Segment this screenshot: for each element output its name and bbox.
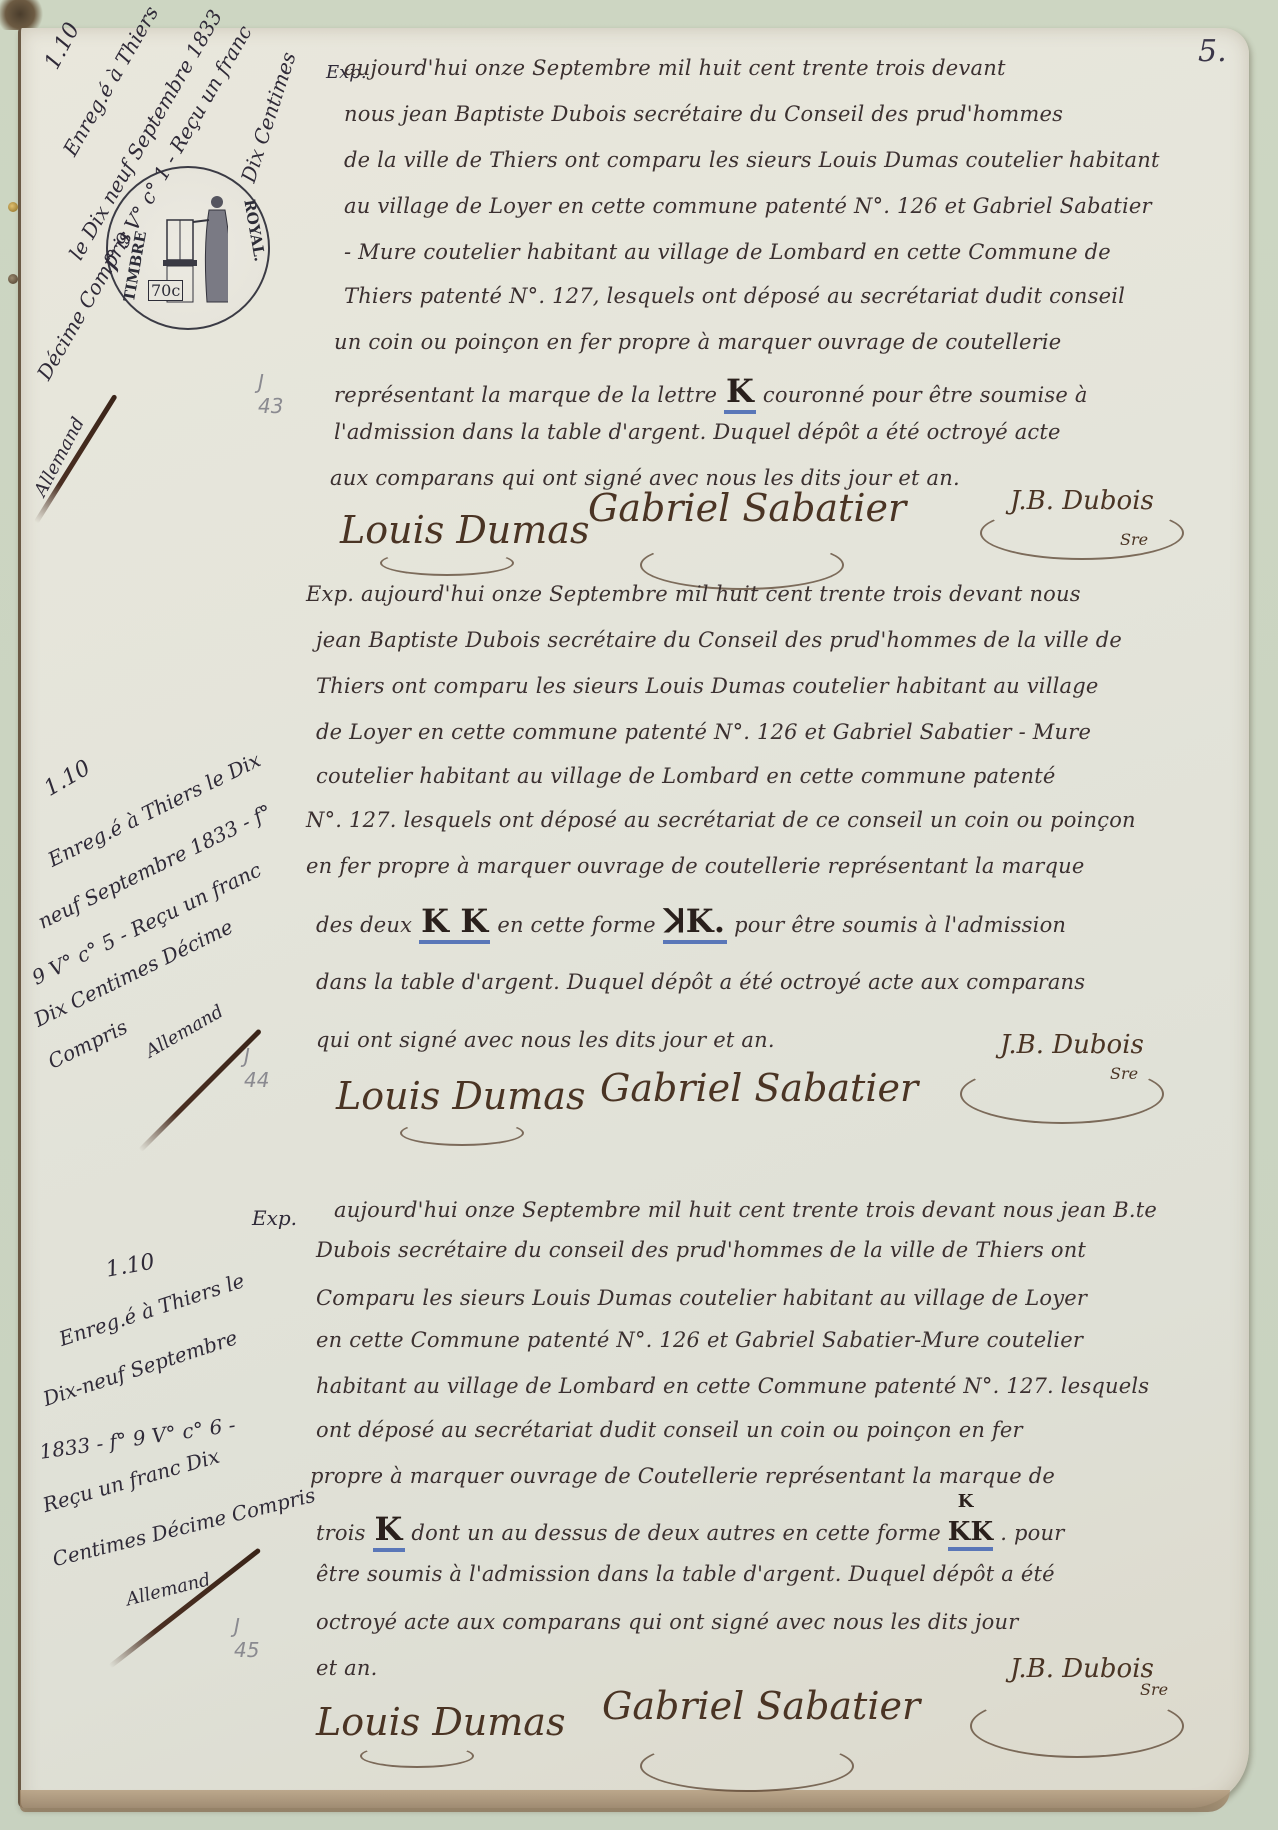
text-line: ont déposé au secrétariat dudit conseil …	[316, 1418, 1023, 1442]
stamp-value: 70c	[148, 280, 183, 301]
text-line: Dubois secrétaire du conseil des prud'ho…	[316, 1238, 1086, 1262]
maker-mark-three-k: K KK	[948, 1517, 994, 1551]
mark-line: des deux K K en cette forme ꓘK. pour êtr…	[316, 902, 1066, 940]
text-fragment: des deux	[316, 913, 412, 937]
pencil-note: J 44	[244, 1044, 269, 1092]
text-line: octroyé acte aux comparans qui ont signé…	[316, 1610, 1018, 1634]
text-line: en cette Commune patenté N°. 126 et Gabr…	[316, 1328, 1083, 1352]
maker-mark-kk: K K	[419, 902, 490, 944]
pencil-note: J 45	[234, 1614, 259, 1662]
signature-jb-dubois: J.B. Dubois	[1000, 1030, 1144, 1060]
binding-thread	[0, 0, 44, 30]
signature-flourish	[400, 1120, 524, 1146]
text-line: habitant au village de Lombard en cette …	[316, 1374, 1149, 1398]
signature-gabriel-sabatier: Gabriel Sabatier	[600, 1066, 918, 1110]
text-line: N°. 127. lesquels ont déposé au secrétar…	[306, 808, 1136, 832]
binding-pin	[8, 274, 18, 284]
signature-flourish	[640, 1740, 854, 1792]
text-line: Thiers ont comparu les sieurs Louis Duma…	[316, 674, 1099, 698]
text-fragment: . pour	[1000, 1521, 1064, 1545]
signature-louis-dumas: Louis Dumas	[340, 508, 589, 552]
text-line: de la ville de Thiers ont comparu les si…	[344, 148, 1160, 172]
prefix-exp: Exp.	[306, 582, 354, 606]
text-line: et an.	[316, 1656, 377, 1680]
pencil-note: J 43	[258, 370, 283, 418]
text-line: l'admission dans la table d'argent. Duqu…	[334, 420, 1061, 444]
signature-flourish	[380, 550, 514, 576]
signature-title: Sre	[1110, 1064, 1138, 1083]
text-fragment: dont un au dessus de deux autres en cett…	[411, 1521, 940, 1545]
maker-mark-kk-mirrored: ꓘK.	[663, 902, 728, 944]
text-line: Exp. aujourd'hui onze Septembre mil huit…	[306, 582, 1081, 606]
mark-line: représentant la marque de la lettre K co…	[334, 372, 1088, 410]
maker-mark-k-crowned: K	[724, 372, 756, 414]
text-line: au village de Loyer en cette commune pat…	[344, 194, 1152, 218]
signature-gabriel-sabatier: Gabriel Sabatier	[588, 486, 906, 530]
text-fragment: représentant la marque de la lettre	[334, 383, 717, 407]
text-line: Comparu les sieurs Louis Dumas coutelier…	[316, 1286, 1087, 1310]
mark-bottom-kk: KK	[948, 1517, 994, 1547]
text-line: aujourd'hui onze Septembre mil huit cent…	[344, 56, 1006, 80]
text-fragment: en cette forme	[497, 913, 655, 937]
signature-title: Sre	[1120, 530, 1148, 549]
text-fragment: couronné pour être soumise à	[763, 383, 1088, 407]
signature-louis-dumas: Louis Dumas	[336, 1074, 585, 1118]
text-line: Thiers patenté N°. 127, lesquels ont dép…	[344, 284, 1125, 308]
signature-flourish	[360, 1744, 474, 1768]
text-line: qui ont signé avec nous les dits jour et…	[316, 1028, 775, 1052]
signature-gabriel-sabatier: Gabriel Sabatier	[602, 1684, 920, 1728]
signature-flourish	[980, 506, 1184, 560]
text-line: - Mure coutelier habitant au village de …	[344, 240, 1111, 264]
text-line: dans la table d'argent. Duquel dépôt a é…	[316, 970, 1085, 994]
text-fragment: pour être soumis à l'admission	[734, 913, 1066, 937]
text-line: aujourd'hui onze Septembre mil huit cent…	[334, 1198, 1157, 1222]
text-line: jean Baptiste Dubois secrétaire du Conse…	[316, 628, 1122, 652]
text-line: coutelier habitant au village de Lombard…	[316, 764, 1056, 788]
signature-title: Sre	[1140, 1680, 1168, 1699]
prefix-exp: Exp.	[252, 1206, 297, 1230]
mark-top-k: K	[958, 1491, 974, 1512]
signature-flourish	[970, 1694, 1184, 1758]
maker-mark-k: K	[373, 1510, 405, 1552]
text-fragment: trois	[316, 1521, 366, 1545]
text-line: en fer propre à marquer ouvrage de coute…	[306, 854, 1085, 878]
mark-line: trois K dont un au dessus de deux autres…	[316, 1510, 1064, 1551]
binding-pin	[8, 202, 18, 212]
text-line: de Loyer en cette commune patenté N°. 12…	[316, 720, 1091, 744]
text-line: être soumis à l'admission dans la table …	[316, 1562, 1055, 1586]
page-number: 5.	[1198, 34, 1227, 69]
page-stack-edge	[20, 1790, 1230, 1812]
text-line: un coin ou poinçon en fer propre à marqu…	[334, 330, 1061, 354]
text-fragment: aujourd'hui onze Septembre mil huit cent…	[361, 582, 1081, 606]
signature-jb-dubois: J.B. Dubois	[1010, 1654, 1154, 1684]
text-line: nous jean Baptiste Dubois secrétaire du …	[344, 102, 1063, 126]
signature-louis-dumas: Louis Dumas	[316, 1700, 565, 1744]
text-line: propre à marquer ouvrage de Coutellerie …	[310, 1464, 1055, 1488]
